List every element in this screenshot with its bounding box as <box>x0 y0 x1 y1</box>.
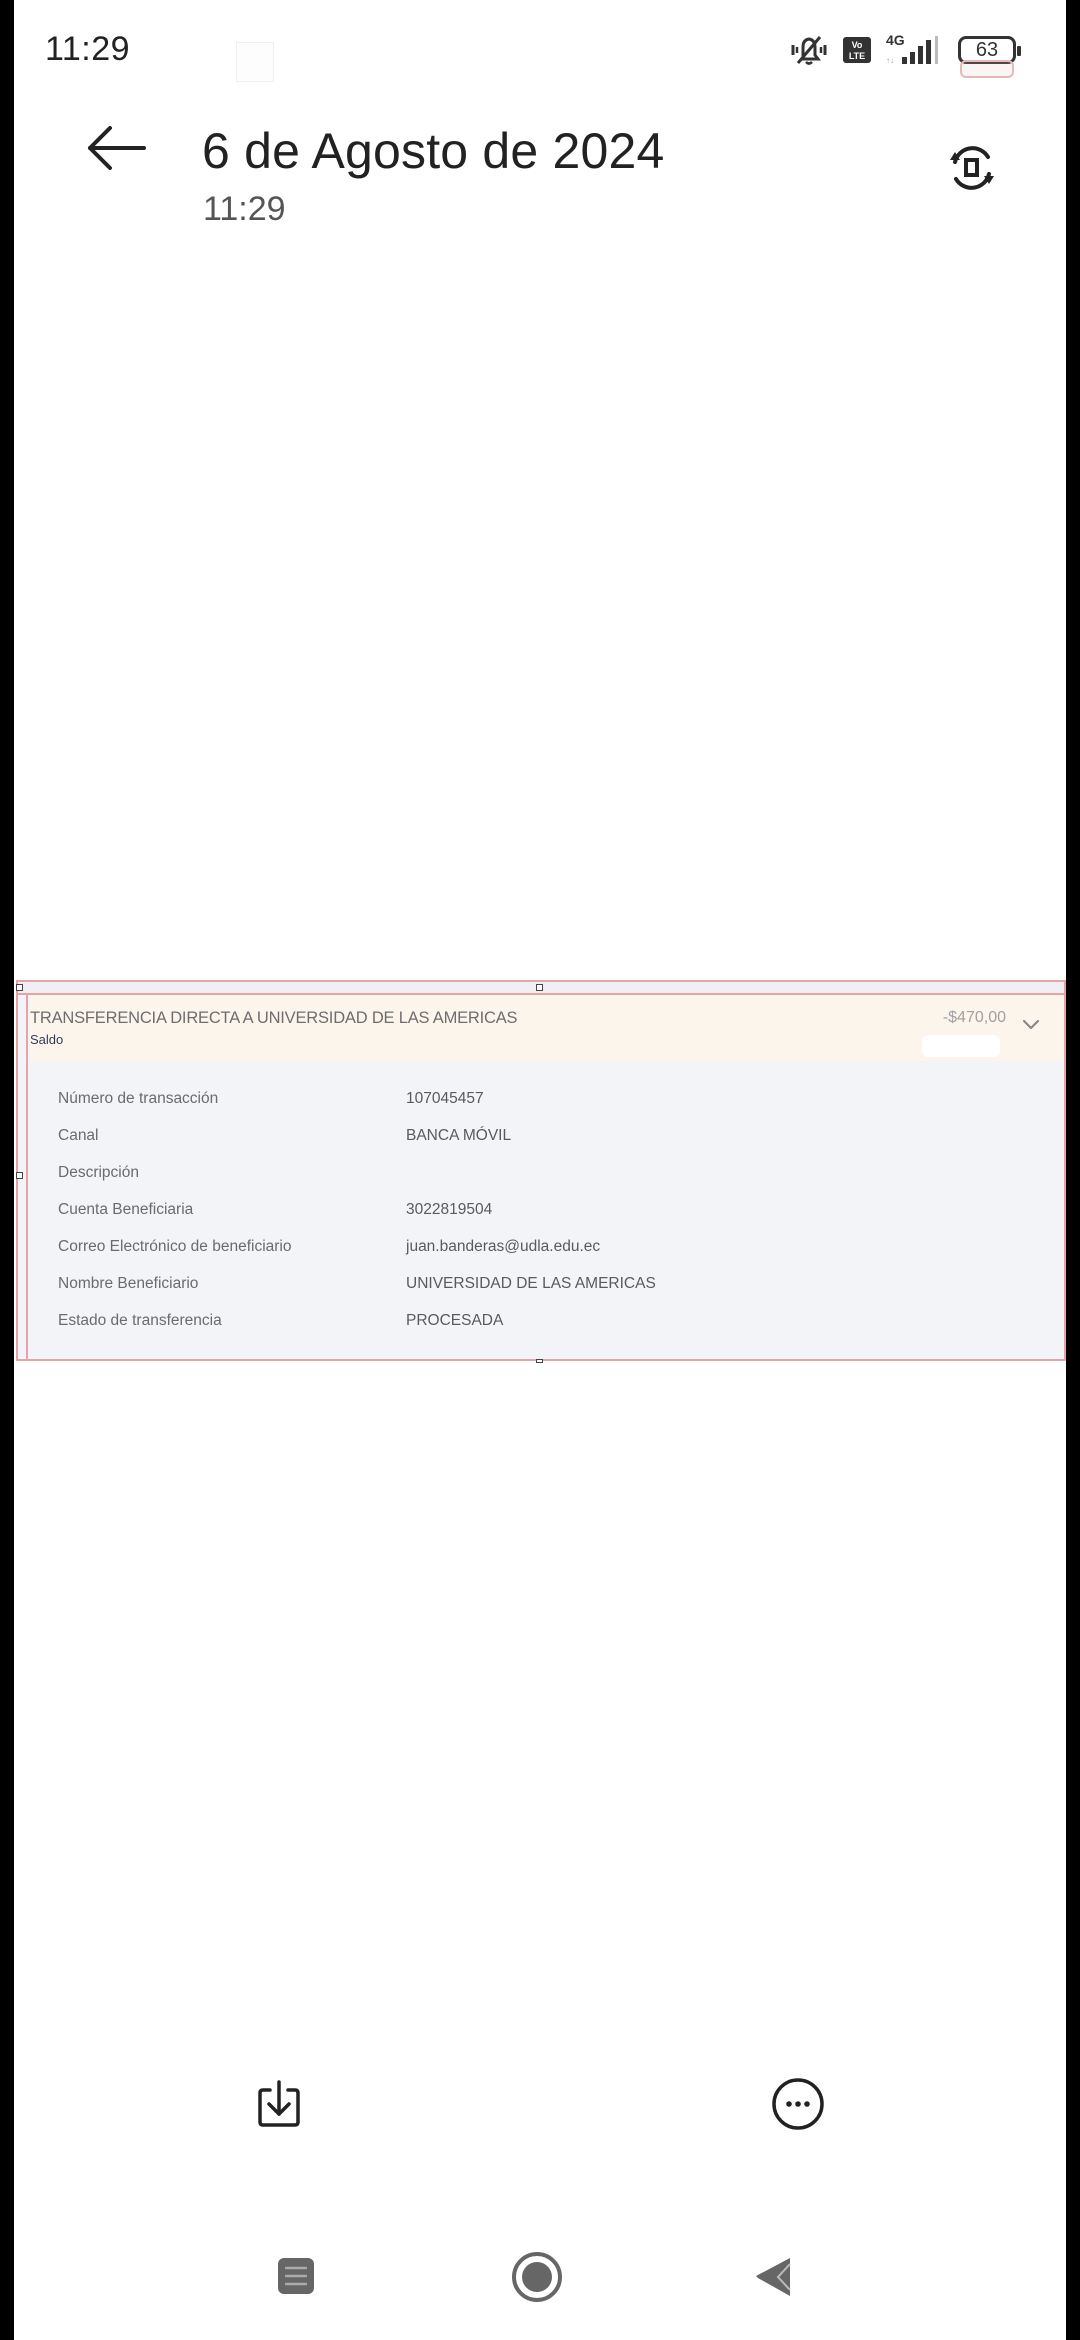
redacted-balance <box>922 1035 1000 1057</box>
status-icons: Vo LTE 4G ↑↓ 63 <box>788 30 1016 70</box>
transaction-subtitle: Saldo <box>30 1032 63 1047</box>
screen-rotate-icon <box>942 138 1002 198</box>
svg-text:Vo: Vo <box>852 40 863 50</box>
back-button[interactable] <box>84 118 154 178</box>
more-options-icon <box>770 2076 826 2132</box>
signal-4g-icon: 4G ↑↓ <box>884 32 946 68</box>
download-button[interactable] <box>251 2076 307 2132</box>
detail-value: UNIVERSIDAD DE LAS AMERICAS <box>406 1275 656 1293</box>
detail-row: Estado de transferenciaPROCESADA <box>42 1312 1064 1349</box>
download-icon <box>251 2076 307 2132</box>
detail-row: Número de transacción107045457 <box>42 1090 1064 1127</box>
detail-row: Descripción <box>42 1164 1064 1201</box>
status-notification-placeholder <box>236 42 274 82</box>
transaction-amount: -$470,00 <box>943 1009 1006 1027</box>
selection-handle[interactable] <box>16 984 23 991</box>
detail-label: Correo Electrónico de beneficiario <box>58 1238 291 1256</box>
nav-home-button[interactable] <box>511 2251 563 2303</box>
detail-label: Nombre Beneficiario <box>58 1275 198 1293</box>
detail-label: Cuenta Beneficiaria <box>58 1201 193 1219</box>
expand-toggle[interactable] <box>1020 1017 1042 1033</box>
battery-level: 63 <box>976 39 998 62</box>
detail-value: PROCESADA <box>406 1312 503 1330</box>
detail-label: Estado de transferencia <box>58 1312 222 1330</box>
transaction-header: TRANSFERENCIA DIRECTA A UNIVERSIDAD DE L… <box>30 995 1064 1061</box>
selection-handle[interactable] <box>536 1359 543 1363</box>
selection-handle[interactable] <box>536 984 543 991</box>
detail-value: juan.banderas@udla.edu.ec <box>406 1238 600 1256</box>
photo-viewer-screen: 11:29 Vo LTE 4G ↑↓ 63 <box>14 0 1066 2340</box>
detail-value: BANCA MÓVIL <box>406 1127 511 1145</box>
svg-text:LTE: LTE <box>849 51 865 61</box>
page-subtitle-time: 11:29 <box>203 190 286 229</box>
recents-icon <box>276 2256 316 2296</box>
back-icon <box>754 2256 794 2298</box>
battery-ghost-overlay <box>960 60 1014 78</box>
selection-handle[interactable] <box>16 1172 23 1179</box>
detail-label: Número de transacción <box>58 1090 218 1108</box>
more-options-button[interactable] <box>770 2076 826 2132</box>
detail-value: 107045457 <box>406 1090 484 1108</box>
transaction-title: TRANSFERENCIA DIRECTA A UNIVERSIDAD DE L… <box>30 1009 517 1028</box>
detail-label: Descripción <box>58 1164 139 1182</box>
nav-recents-button[interactable] <box>276 2256 316 2296</box>
arrow-left-icon <box>84 118 154 178</box>
rotate-screen-button[interactable] <box>942 138 1002 198</box>
svg-text:4G: 4G <box>886 32 905 48</box>
chevron-down-icon <box>1020 1017 1042 1033</box>
home-icon <box>511 2251 563 2303</box>
page-title: 6 de Agosto de 2024 <box>202 122 665 180</box>
detail-row: Correo Electrónico de beneficiariojuan.b… <box>42 1238 1064 1275</box>
vibrate-mute-icon <box>788 33 830 67</box>
svg-text:↑↓: ↑↓ <box>886 56 894 65</box>
detail-row: CanalBANCA MÓVIL <box>42 1127 1064 1164</box>
detail-row: Nombre BeneficiarioUNIVERSIDAD DE LAS AM… <box>42 1275 1064 1312</box>
volte-icon: Vo LTE <box>842 35 872 65</box>
status-time: 11:29 <box>45 30 130 69</box>
transaction-details: Número de transacción107045457CanalBANCA… <box>42 1090 1064 1349</box>
detail-label: Canal <box>58 1127 99 1145</box>
selection-border <box>26 995 28 1359</box>
transaction-image: TRANSFERENCIA DIRECTA A UNIVERSIDAD DE L… <box>16 980 1066 1361</box>
nav-back-button[interactable] <box>754 2256 794 2298</box>
detail-row: Cuenta Beneficiaria3022819504 <box>42 1201 1064 1238</box>
detail-value: 3022819504 <box>406 1201 492 1219</box>
